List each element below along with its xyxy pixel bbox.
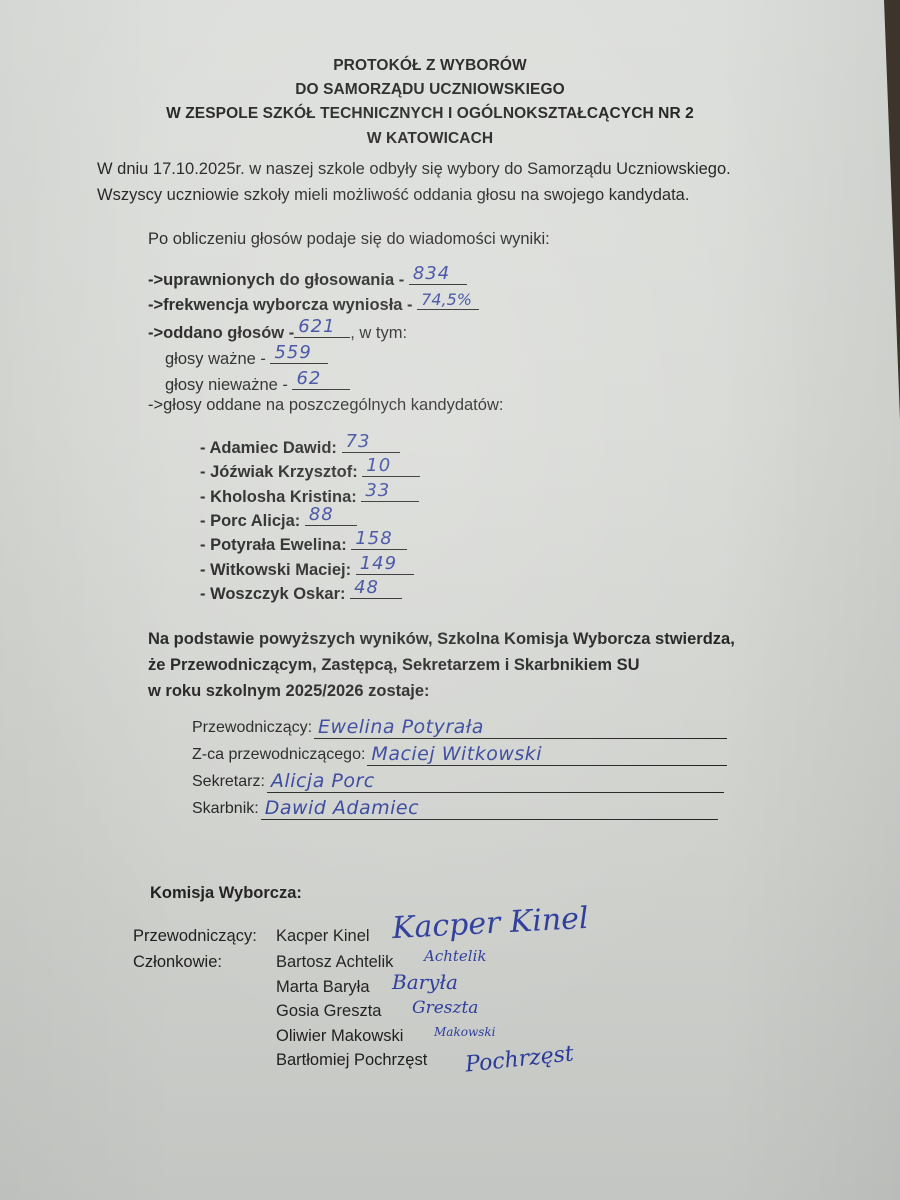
candidate-votes: 88: [309, 504, 334, 525]
position-value: Dawid Adamiec: [265, 797, 419, 819]
candidate-name: - Kholosha Kristina:: [200, 488, 361, 506]
candidate-name: - Witkowski Maciej:: [200, 561, 356, 579]
position-value: Ewelina Potyrała: [318, 716, 484, 738]
commission-member-signature: Greszta: [412, 998, 478, 1018]
commission-member-name: Bartosz Achtelik: [276, 953, 393, 972]
title-line-3: W ZESPOLE SZKÓŁ TECHNICZNYCH I OGÓLNOKSZ…: [0, 105, 860, 123]
commission-member-signature: Achtelik: [424, 947, 486, 965]
commission-member-name: Marta Baryła: [276, 978, 370, 997]
candidate-votes: 33: [365, 480, 390, 501]
commission-heading: Komisja Wyborcza:: [150, 884, 302, 903]
conclusion-line-1: Na podstawie powyższych wyników, Szkolna…: [148, 630, 735, 649]
position-row: Skarbnik:Dawid Adamiec: [192, 800, 718, 820]
stat-invalid-value: 62: [296, 368, 321, 389]
candidate-votes: 149: [360, 553, 397, 574]
position-label: Z-ca przewodniczącego:: [192, 746, 365, 766]
commission-members-label: Członkowie:: [133, 953, 222, 972]
position-label: Przewodniczący:: [192, 719, 312, 739]
paper-sheet: PROTOKÓŁ Z WYBORÓW DO SAMORZĄDU UCZNIOWS…: [0, 0, 900, 1200]
candidate-votes: 73: [346, 431, 371, 452]
commission-chair-name: Kacper Kinel: [276, 927, 370, 946]
stat-eligible-label: ->uprawnionych do głosowania -: [148, 271, 409, 289]
commission-member-name: Oliwier Makowski: [276, 1027, 403, 1046]
candidate-row: - Woszczyk Oskar: 48: [200, 579, 402, 604]
stat-eligible-value: 834: [413, 263, 450, 284]
candidate-name: - Jóźwiak Krzysztof:: [200, 463, 362, 481]
position-label: Sekretarz:: [192, 773, 265, 793]
intro-line-2: Wszyscy uczniowie szkoły mieli możliwość…: [97, 186, 689, 205]
title-line-1: PROTOKÓŁ Z WYBORÓW: [0, 57, 860, 75]
position-row: Z-ca przewodniczącego:Maciej Witkowski: [192, 746, 727, 766]
candidate-name: - Porc Alicja:: [200, 512, 305, 530]
position-value: Alicja Porc: [271, 770, 375, 792]
candidate-row: - Adamiec Dawid: 73: [200, 433, 400, 458]
commission-chair-signature: Kacper Kinel: [391, 901, 589, 946]
candidate-votes: 158: [355, 528, 392, 549]
candidate-row: - Witkowski Maciej: 149: [200, 555, 414, 580]
candidate-row: - Jóźwiak Krzysztof: 10: [200, 457, 420, 482]
stat-cast-suffix: , w tym:: [350, 324, 407, 342]
candidate-votes: 48: [354, 577, 379, 598]
stat-turnout-value: 74,5%: [421, 290, 472, 309]
commission-chair-label: Przewodniczący:: [133, 927, 257, 946]
commission-member-signature: Makowski: [434, 1025, 495, 1039]
stat-cast-label: ->oddano głosów -: [148, 324, 294, 342]
intro-line-1: W dniu 17.10.2025r. w naszej szkole odby…: [97, 160, 731, 179]
commission-member-name: Bartłomiej Pochrzęst: [276, 1051, 427, 1070]
stat-valid-label: głosy ważne -: [165, 350, 270, 368]
per-candidate-label: ->głosy oddane na poszczególnych kandyda…: [148, 396, 503, 415]
title-line-2: DO SAMORZĄDU UCZNIOWSKIEGO: [0, 81, 860, 99]
position-row: Przewodniczący:Ewelina Potyrała: [192, 719, 727, 739]
candidate-name: - Potyrała Ewelina:: [200, 536, 351, 554]
stat-eligible: ->uprawnionych do głosowania - 834: [148, 265, 467, 290]
candidate-row: - Porc Alicja: 88: [200, 506, 357, 531]
conclusion-line-2: że Przewodniczącym, Zastępcą, Sekretarze…: [148, 656, 640, 675]
candidate-name: - Woszczyk Oskar:: [200, 585, 350, 603]
stat-turnout: ->frekwencja wyborcza wyniosła - 74,5%: [148, 290, 479, 315]
stat-cast-value: 621: [298, 316, 335, 337]
results-intro: Po obliczeniu głosów podaje się do wiado…: [148, 230, 550, 249]
candidate-row: - Kholosha Kristina: 33: [200, 482, 419, 507]
title-line-4: W KATOWICACH: [0, 130, 860, 148]
stat-invalid-label: głosy nieważne -: [165, 376, 292, 394]
position-label: Skarbnik:: [192, 800, 259, 820]
candidate-name: - Adamiec Dawid:: [200, 439, 342, 457]
commission-member-name: Gosia Greszta: [276, 1002, 381, 1021]
commission-member-signature: Pochrzęst: [464, 1041, 575, 1077]
commission-member-signature: Baryła: [392, 970, 458, 994]
stat-cast: ->oddano głosów -621, w tym:: [148, 318, 407, 343]
candidate-row: - Potyrała Ewelina: 158: [200, 530, 407, 555]
candidate-votes: 10: [366, 455, 391, 476]
stat-turnout-label: ->frekwencja wyborcza wyniosła -: [148, 296, 417, 314]
stat-invalid: głosy nieważne - 62: [165, 370, 350, 395]
position-row: Sekretarz:Alicja Porc: [192, 773, 724, 793]
position-value: Maciej Witkowski: [371, 743, 542, 765]
stat-valid-value: 559: [274, 342, 311, 363]
stat-valid: głosy ważne - 559: [165, 344, 328, 369]
conclusion-line-3: w roku szkolnym 2025/2026 zostaje:: [148, 682, 430, 701]
